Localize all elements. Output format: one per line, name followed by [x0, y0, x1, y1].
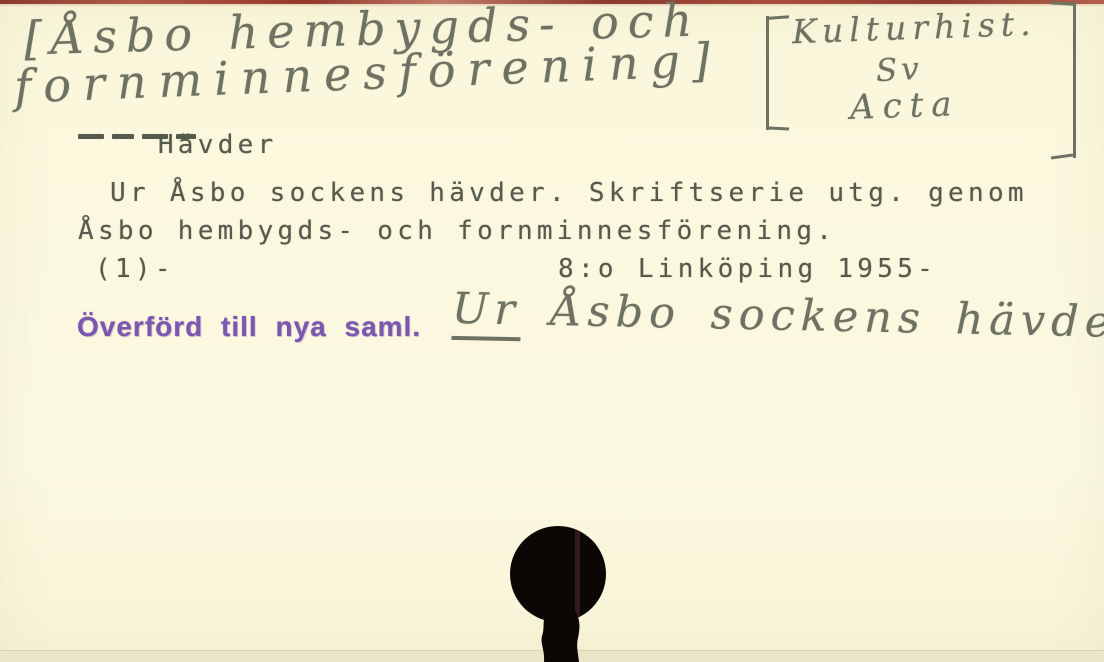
- dashed-underline: [78, 134, 204, 139]
- body-line2: Åsbo hembygds- och fornminnesförening.: [78, 216, 836, 246]
- volume-statement: (1)-: [95, 254, 175, 284]
- transfer-note-underlined: Ur: [451, 284, 521, 341]
- imprint-statement: 8:o Linköping 1955-: [558, 254, 937, 284]
- catalog-card: [Åsbo hembygds- och fornminnesförening] …: [0, 0, 1104, 662]
- classification-line1: Kulturhist.: [791, 4, 1037, 52]
- body-line1: Ur Åsbo sockens hävder. Skriftserie utg.…: [110, 178, 1028, 208]
- right-bracket: [1047, 2, 1076, 158]
- punch-hole-icon: [504, 524, 612, 662]
- classification-note: Kulturhist. Sv Acta: [758, 2, 1088, 170]
- left-bracket: [766, 16, 793, 130]
- transfer-stamp: Överförd till nya saml.: [77, 311, 421, 343]
- classification-line2: Sv: [875, 51, 924, 89]
- classification-line3: Acta: [849, 84, 960, 128]
